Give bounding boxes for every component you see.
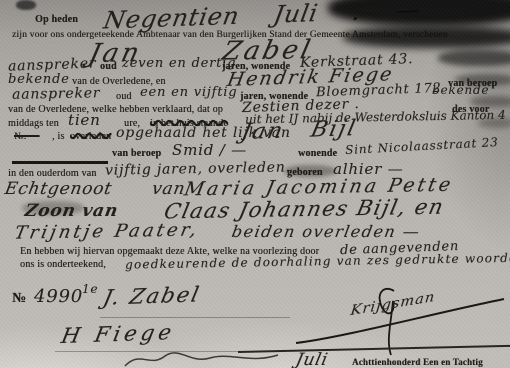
handwritten-footer-month: Juli	[294, 350, 330, 368]
printed-is: , is	[52, 131, 64, 142]
handwritten-deceased-age: vijftig jaren, overleden.	[105, 159, 291, 178]
handwritten-beiden-overleden: beiden overleden —	[230, 222, 422, 241]
printed-wonende-deceased: wonende	[298, 148, 337, 159]
handwritten-declarant2-age: een en vijftig	[140, 85, 237, 100]
scan-mark-top-left	[16, 0, 36, 10]
filled-blank-bar	[12, 161, 108, 164]
handwritten-deceased-occupation: Smid / —	[172, 141, 247, 159]
handwriting-fragment	[120, 348, 285, 368]
handwritten-hour: tien	[68, 111, 101, 129]
handwritten-bekende-1: bekende	[8, 72, 70, 87]
handwritten-volgnummer: 1e	[82, 282, 98, 296]
printed-op-heden: Op heden	[35, 14, 78, 25]
signature-line-1	[100, 317, 290, 318]
handwritten-deceased-address: Sint Nicolaasstraat 23	[345, 135, 499, 157]
printed-verklaard-clause: van de Overledene, welke hebben verklaar…	[8, 104, 223, 115]
printed-middags-ten: middags ten	[8, 118, 59, 129]
handwritten-bekende-2: bekende	[432, 83, 489, 97]
handwritten-declarant2-occupation: aanspreker	[12, 85, 101, 103]
signature-declarant2: H Fiege	[59, 320, 177, 348]
printed-oud-1: oud	[100, 61, 117, 72]
printed-footer-year: Achttienhonderd Een en Tachtig	[352, 357, 483, 367]
printed-number-blank: №. —	[14, 131, 39, 142]
handwritten-echtgenoot-van: Echtgenoot van	[3, 179, 187, 199]
printed-in-den-ouderdom: in den ouderdom van	[8, 168, 97, 179]
scan-smudge-right-1	[438, 50, 510, 66]
handwritten-deceased-name: Jan Bijl	[239, 116, 359, 145]
printed-oud-2: oud	[116, 91, 132, 102]
printed-onderteekend: ons is onderteekend,	[20, 259, 106, 270]
signature-declarant1: J. Zabel	[101, 282, 203, 309]
printed-van-beroep-deceased: van beroep	[112, 148, 161, 159]
printed-number-symbol: №	[12, 291, 26, 307]
handwritten-father-name: Claas Johannes Bijl, en	[162, 195, 447, 224]
handwritten-declarant1-age: zeven en dertig	[122, 56, 236, 71]
handwritten-mother-name: Trijntje Paater,	[13, 219, 201, 243]
handwritten-record-number: 4990	[34, 286, 83, 307]
death-certificate-scan: Op heden Negentien Juli . — zijn voor on…	[0, 0, 510, 368]
printed-struck-overleden: overleden	[70, 131, 111, 142]
handwritten-zoon-van: Zoon van	[23, 201, 120, 221]
